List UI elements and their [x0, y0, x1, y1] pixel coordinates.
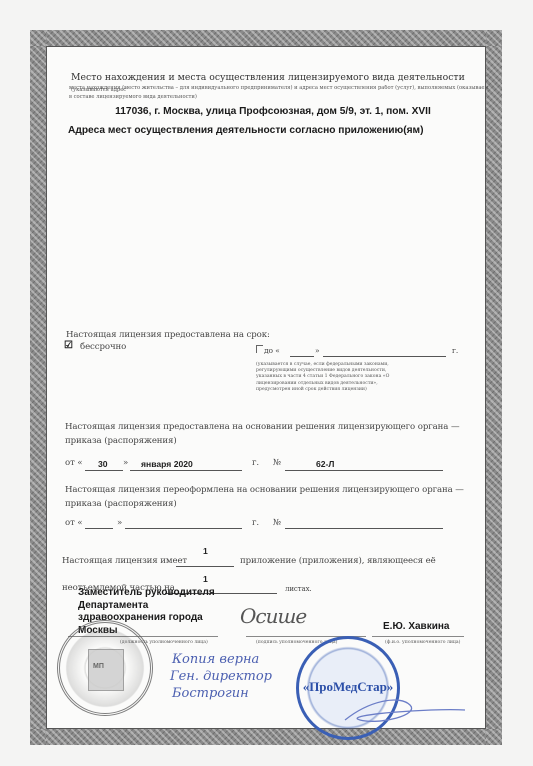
reissue-basis-text: Настоящая лицензия переоформлена на осно…: [65, 483, 470, 511]
signature-stroke-icon: [340, 690, 470, 730]
handwritten-name: Бострогин: [172, 686, 249, 701]
handwritten-certified-copy: Копия верна: [172, 652, 259, 667]
grant-year-suffix: г.: [252, 458, 259, 468]
appendix-text-4: листах.: [285, 585, 312, 593]
term-unlimited-checkbox[interactable]: ☑: [64, 340, 73, 351]
reissue-mid: »: [117, 518, 122, 528]
appendix-count: 1: [203, 546, 208, 556]
term-until-year: г.: [452, 346, 458, 355]
reissue-number-line[interactable]: [285, 528, 443, 529]
grant-number: 62-Л: [316, 459, 334, 469]
appendix-count-line[interactable]: [176, 566, 234, 567]
appendix-sheets: 1: [203, 574, 208, 584]
address-note: Адреса мест осуществления деятельности с…: [68, 125, 488, 136]
location-note-line3: в составе лицензируемого вида деятельнос…: [69, 94, 369, 101]
appendix-text-1: Настоящая лицензия имеет: [62, 556, 187, 566]
signer-title-line2: Департамента: [78, 600, 215, 613]
fio-line: [372, 636, 464, 637]
handwritten-position: Ген. директор: [170, 669, 272, 684]
signer-title-line1: Заместитель руководителя: [78, 587, 215, 600]
term-until-day-line[interactable]: [290, 356, 314, 357]
grant-month-year: января 2020: [141, 459, 193, 469]
reissue-date-line[interactable]: [125, 528, 242, 529]
reissue-num-label: №: [273, 518, 281, 528]
grant-day-line[interactable]: [85, 470, 123, 471]
moscow-government-seal: МП: [57, 620, 153, 716]
grant-mid: »: [123, 458, 128, 468]
coat-of-arms-icon: [88, 649, 124, 691]
seal-mp-text: МП: [93, 663, 104, 670]
grant-basis-text: Настоящая лицензия предоставлена на осно…: [65, 420, 470, 448]
term-until-date-line[interactable]: [323, 356, 446, 357]
grant-day: 30: [98, 459, 108, 469]
location-note-line2: места нахождения (место жительства – для…: [69, 85, 489, 92]
reissue-day-line[interactable]: [85, 528, 113, 529]
caption-fio: (ф.и.о. уполномоченного лица): [385, 639, 460, 646]
grant-num-label: №: [273, 458, 281, 468]
term-until-label: до «: [264, 346, 280, 355]
term-label: Настоящая лицензия предоставлена на срок…: [66, 330, 270, 340]
term-until-checkbox[interactable]: [256, 345, 263, 353]
term-until-mid: »: [315, 346, 320, 355]
grant-from-label: от «: [65, 458, 83, 468]
location-heading-text: Место нахождения и места осуществления л…: [71, 72, 465, 83]
reissue-year-suffix: г.: [252, 518, 259, 528]
grant-date-line[interactable]: [130, 470, 242, 471]
signature: Осише: [240, 604, 306, 628]
term-unlimited-label: бессрочно: [80, 342, 126, 352]
signer-name: Е.Ю. Хавкина: [383, 621, 449, 632]
term-note: (указывается в случае, если федеральными…: [256, 362, 391, 393]
address: 117036, г. Москва, улица Профсоюзная, до…: [73, 106, 473, 117]
reissue-from-label: от «: [65, 518, 83, 528]
grant-number-line[interactable]: [285, 470, 443, 471]
appendix-text-2: приложение (приложения), являющееся её: [240, 556, 436, 566]
